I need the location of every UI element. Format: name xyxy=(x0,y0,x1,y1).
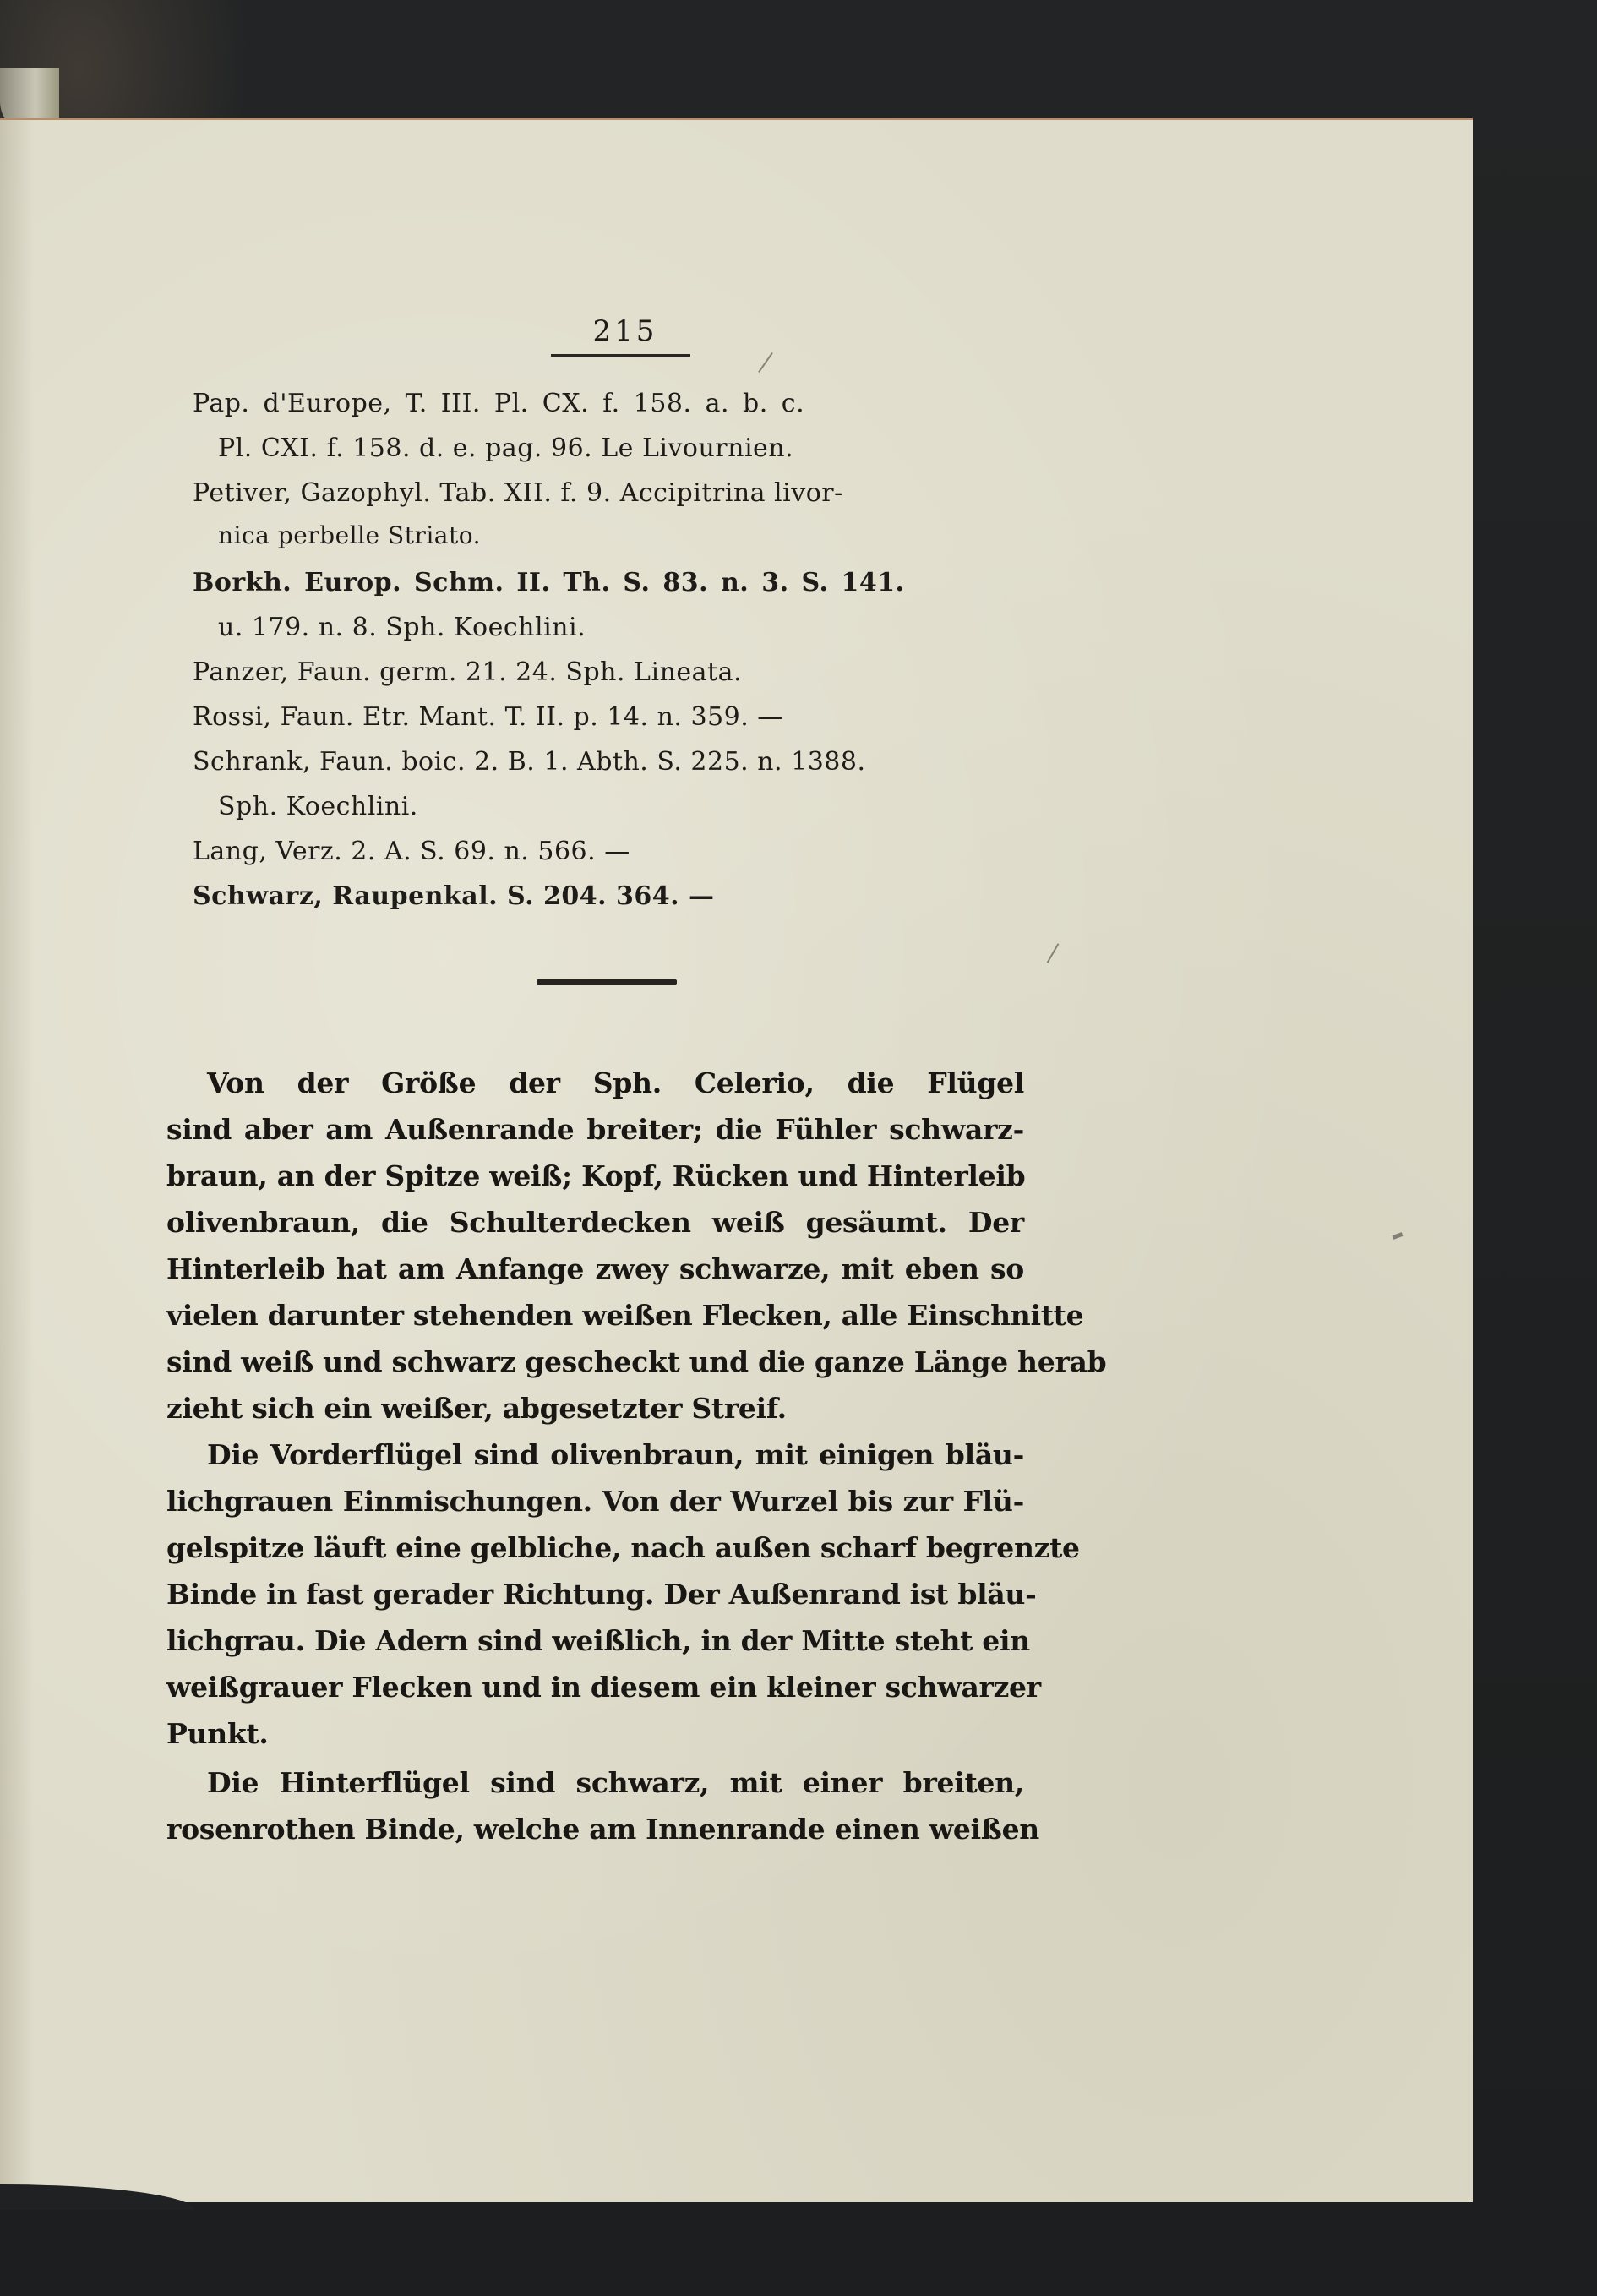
page-number: 215 xyxy=(591,314,659,348)
body-line: lichgrau. Die Adern sind weißlich, in de… xyxy=(166,1624,1024,1657)
body-line: olivenbraun, die Schulterdecken weiß ges… xyxy=(166,1206,1024,1239)
bibliography-line: Panzer, Faun. germ. 21. 24. Sph. Lineata… xyxy=(193,657,742,687)
body-line: rosenrothen Binde, welche am Innenrande … xyxy=(166,1813,1024,1846)
section-separator xyxy=(537,979,677,985)
bibliography-line: nica perbelle Striato. xyxy=(218,521,481,549)
body-line: Die Hinterflügel sind schwarz, mit einer… xyxy=(207,1766,1024,1799)
body-line: zieht sich ein weißer, abgesetzter Strei… xyxy=(166,1392,787,1425)
body-line: gelspitze läuft eine gelbliche, nach auß… xyxy=(166,1531,1024,1564)
body-line: weißgrauer Flecken und in diesem ein kle… xyxy=(166,1671,1024,1704)
body-line: sind weiß und schwarz gescheckt und die … xyxy=(166,1345,1024,1378)
bibliography-line: Schwarz, Raupenkal. S. 204. 364. — xyxy=(193,881,715,911)
bibliography-line: Pl. CXI. f. 158. d. e. pag. 96. Le Livou… xyxy=(218,434,793,463)
body-line: vielen darunter stehenden weißen Flecken… xyxy=(166,1299,1024,1332)
bibliography-line: u. 179. n. 8. Sph. Koechlini. xyxy=(218,613,586,642)
bibliography-line: Borkh. Europ. Schm. II. Th. S. 83. n. 3.… xyxy=(193,568,905,597)
header-rule xyxy=(551,354,690,357)
body-line: Von der Größe der Sph. Celerio, die Flüg… xyxy=(207,1066,1024,1099)
body-line: lichgrauen Einmischungen. Von der Wurzel… xyxy=(166,1485,1024,1518)
body-line: Punkt. xyxy=(166,1717,269,1750)
body-line: Hinterleib hat am Anfange zwey schwarze,… xyxy=(166,1252,1024,1285)
body-line: Binde in fast gerader Richtung. Der Auße… xyxy=(166,1578,1024,1611)
bibliography-line: Petiver, Gazophyl. Tab. XII. f. 9. Accip… xyxy=(193,478,843,508)
body-line: braun, an der Spitze weiß; Kopf, Rücken … xyxy=(166,1159,1024,1192)
bibliography-line: Sph. Koechlini. xyxy=(218,792,418,821)
bibliography-line: Pap. d'Europe, T. III. Pl. CX. f. 158. a… xyxy=(193,389,804,418)
bibliography-line: Rossi, Faun. Etr. Mant. T. II. p. 14. n.… xyxy=(193,702,783,732)
body-line: Die Vorderflügel sind olivenbraun, mit e… xyxy=(207,1438,1024,1471)
bibliography-line: Schrank, Faun. boic. 2. B. 1. Abth. S. 2… xyxy=(193,747,866,777)
bibliography-line: Lang, Verz. 2. A. S. 69. n. 566. — xyxy=(193,837,630,866)
body-line: sind aber am Außenrande breiter; die Füh… xyxy=(166,1113,1024,1146)
